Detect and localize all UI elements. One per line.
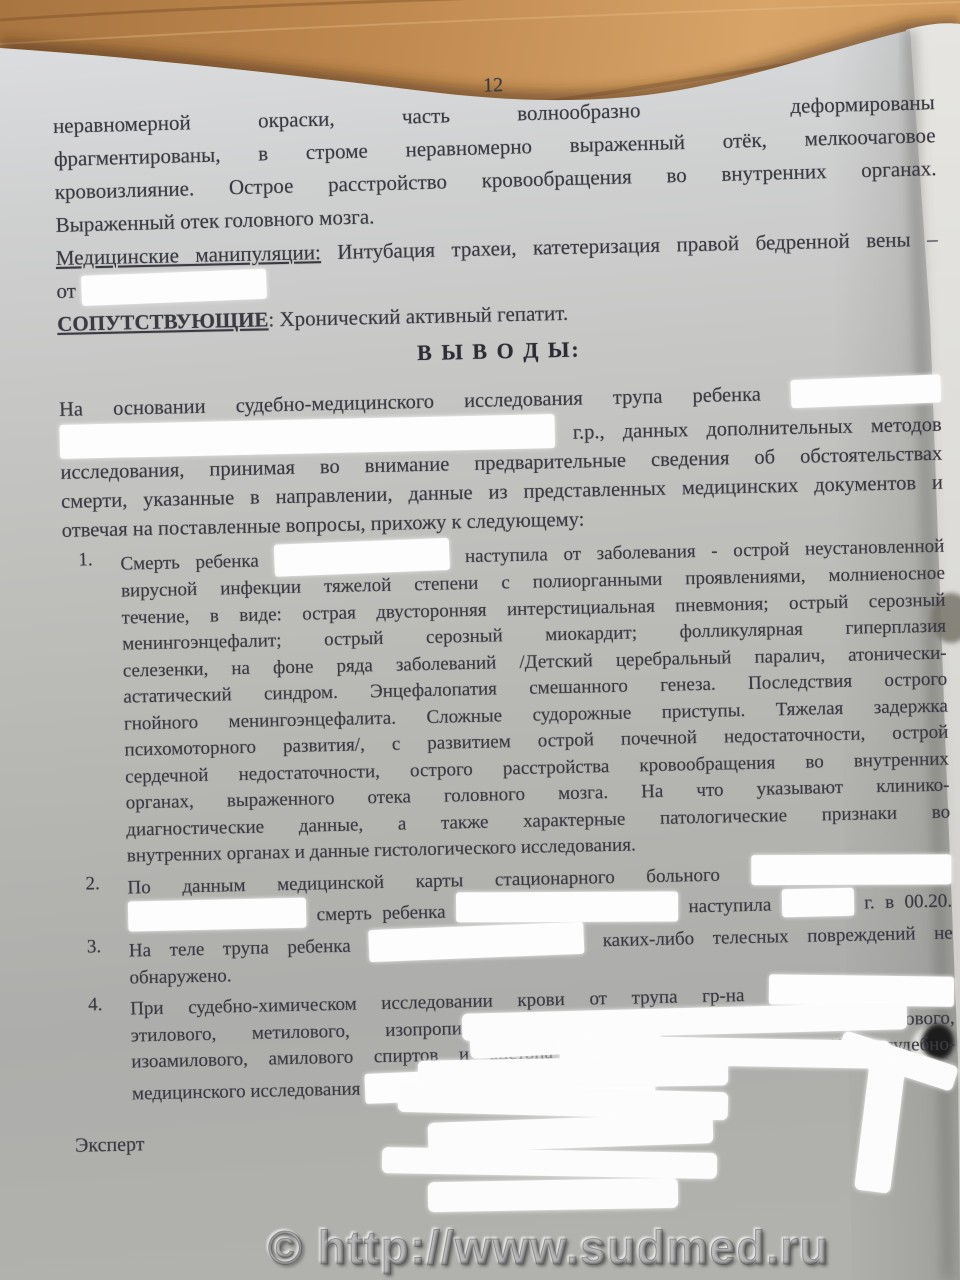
medical-manipulations-block: Медицинские манипуляции: Интубация трахе… bbox=[55, 223, 939, 341]
redaction-mark bbox=[769, 974, 954, 1006]
redaction-mark bbox=[781, 888, 854, 918]
redaction-mark bbox=[128, 898, 307, 932]
list-item-number: 2. bbox=[85, 871, 100, 898]
text-segment: Медицинские манипуляции: bbox=[56, 240, 322, 270]
text-segment: медицинского исследования bbox=[132, 1078, 366, 1104]
text-segment: деформированы bbox=[790, 90, 935, 118]
pathology-description-block: неравномерной окраски, часть волнообразн… bbox=[53, 91, 938, 242]
list-item-number: 4. bbox=[88, 992, 103, 1019]
text-segment: каких-либо телесных повреждений не bbox=[584, 922, 953, 951]
erased-gap bbox=[641, 113, 791, 117]
list-item-number: 1. bbox=[78, 547, 93, 574]
text-segment: г.р., данных дополнительных методов bbox=[554, 414, 941, 444]
text-segment: г. в 00.20. bbox=[854, 891, 953, 914]
redaction-mark bbox=[81, 269, 267, 306]
list-item-number: 3. bbox=[87, 934, 102, 961]
redaction-mark bbox=[456, 891, 678, 922]
redaction-mark bbox=[274, 538, 450, 577]
text-segment: от bbox=[56, 278, 81, 303]
text-segment: обнаружено. bbox=[129, 965, 231, 988]
conclusions-intro-block: На основании судебно-медицинского исслед… bbox=[59, 376, 944, 546]
conclusion-item: 1.Смерть ребенка наступила от заболевани… bbox=[62, 529, 951, 872]
redaction-mark bbox=[369, 921, 585, 961]
photo-of-document: { "meta": { "kind": "photographed forens… bbox=[0, 0, 960, 1280]
text-segment: Смерть ребенка bbox=[120, 550, 274, 574]
text-segment: смерть ребенка bbox=[306, 901, 456, 925]
document-page: 12 неравномерной окраски, часть волнообр… bbox=[52, 65, 957, 1158]
redaction-mark bbox=[790, 374, 941, 408]
text-segment: наступила bbox=[678, 894, 782, 917]
text-segment: Выраженный отек головного мозга. bbox=[55, 204, 374, 237]
watermark: © http://www.sudmed.ru bbox=[268, 1220, 960, 1275]
text-segment: На теле трупа ребенка bbox=[129, 935, 370, 961]
text-segment: : Хронический активный гепатит. bbox=[268, 301, 568, 332]
text-segment: СОПУТСТВУЮЩИЕ bbox=[57, 307, 269, 336]
redaction-mark bbox=[751, 854, 951, 885]
